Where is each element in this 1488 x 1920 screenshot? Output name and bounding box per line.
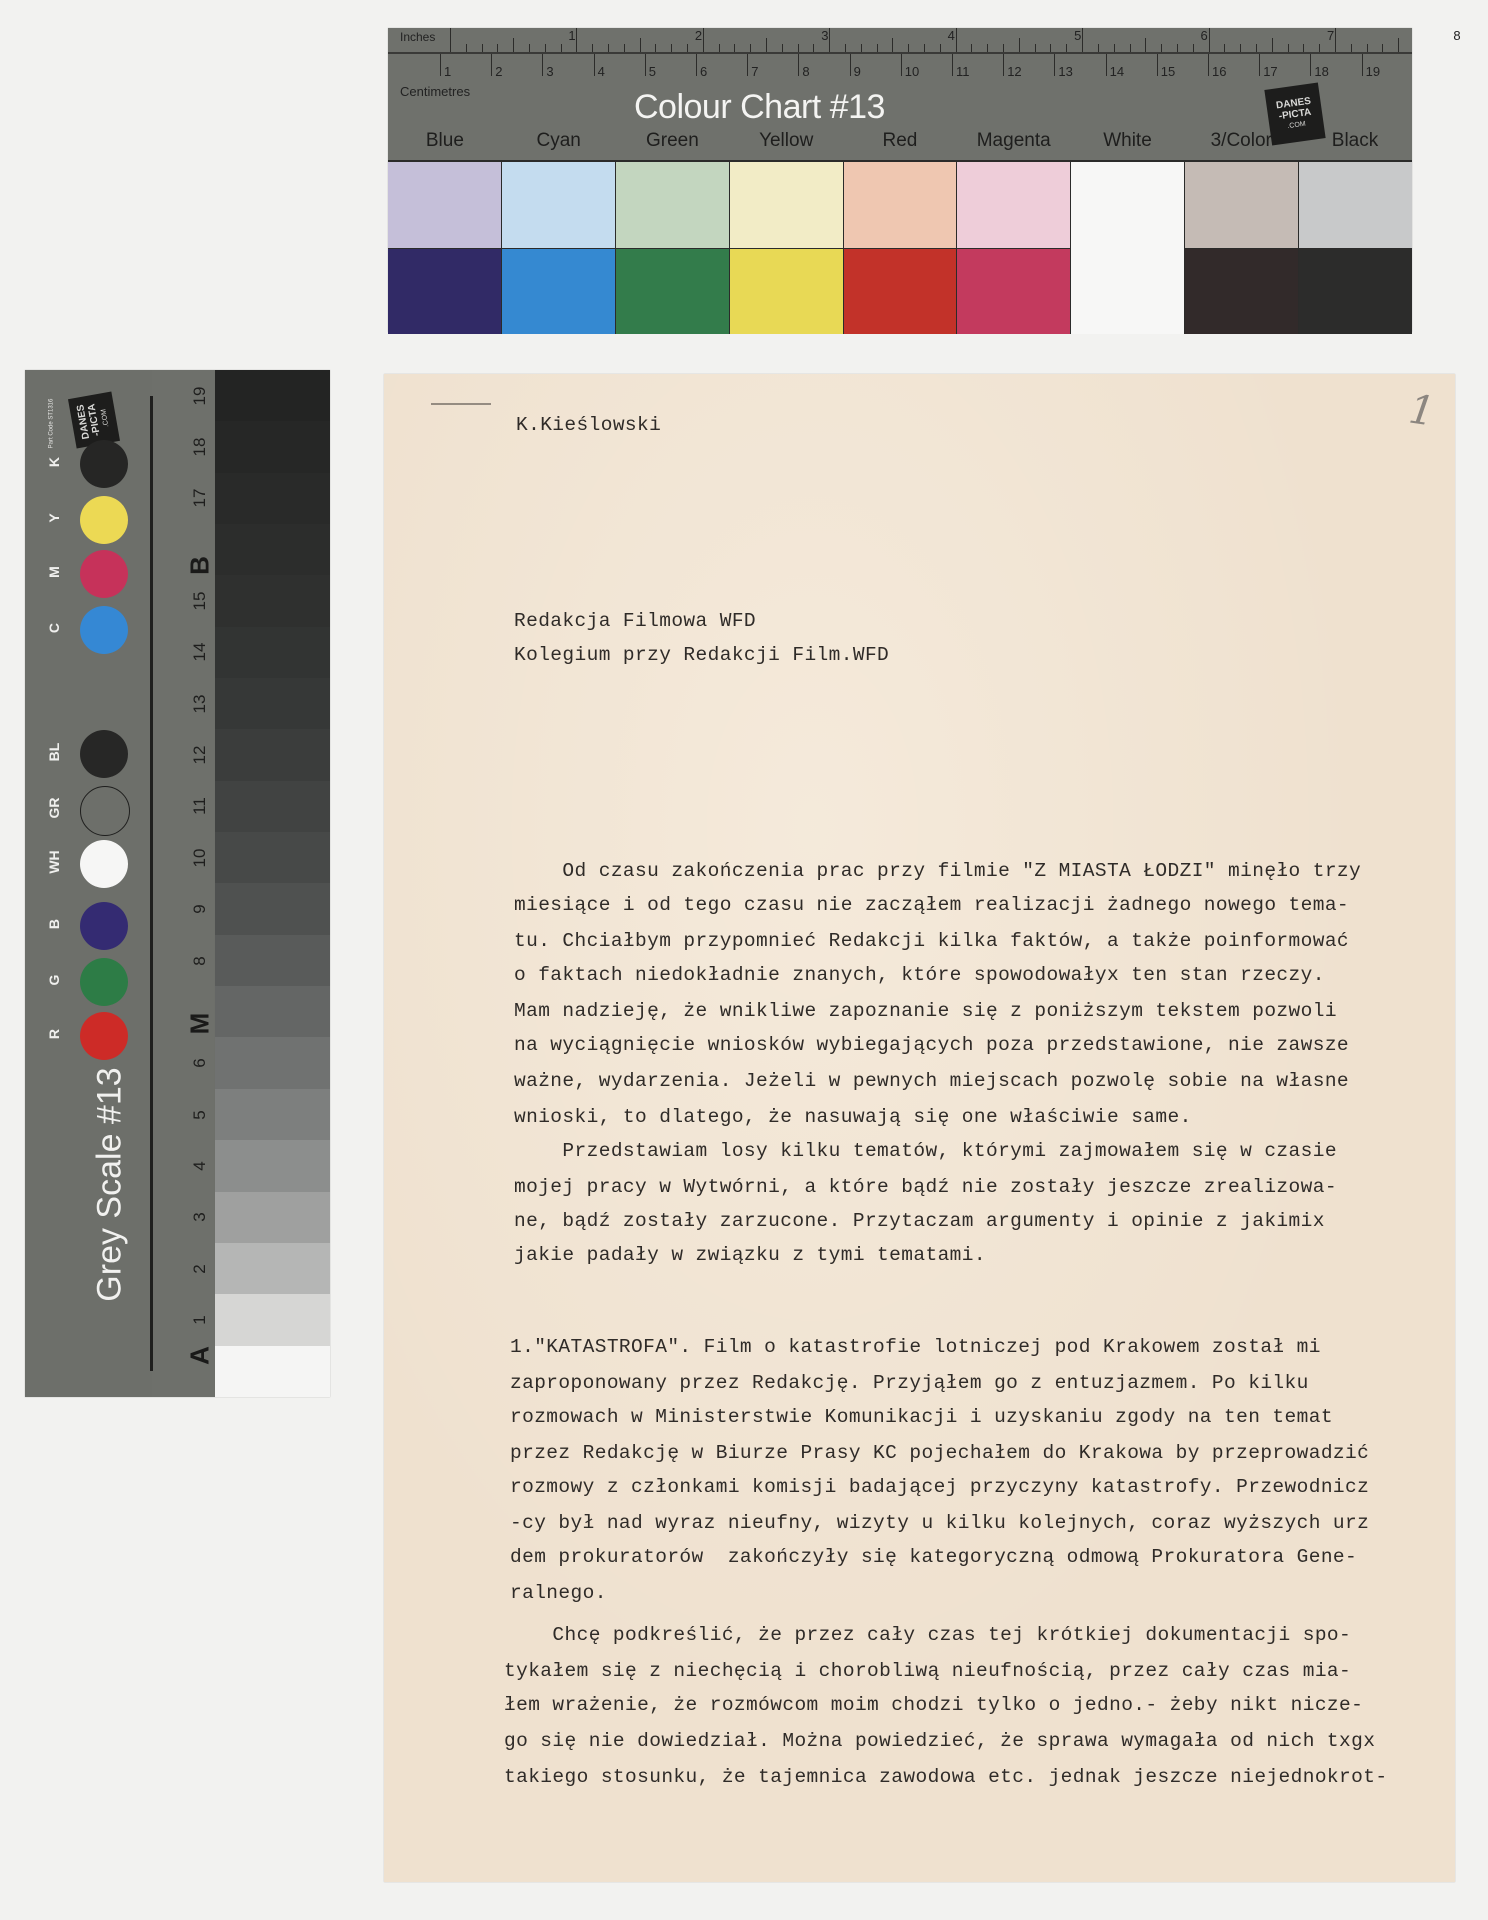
swatch-light	[502, 162, 615, 249]
grey-step	[215, 832, 330, 883]
ruler-tick	[861, 44, 862, 52]
swatch-light	[957, 162, 1070, 249]
cm-number: 15	[1161, 64, 1175, 79]
typed-line: takiego stosunku, że tajemnica zawodowa …	[504, 1766, 1387, 1788]
cm-number: 14	[1110, 64, 1124, 79]
grey-step	[215, 1243, 330, 1294]
typed-line: wnioski, to dlatego, że nasuwają się one…	[514, 1106, 1192, 1128]
ruler-tick	[645, 54, 646, 76]
inch-number: 7	[1327, 28, 1334, 43]
ruler-tick	[1256, 44, 1257, 52]
ruler-tick	[924, 44, 925, 52]
inch-number: 6	[1201, 28, 1208, 43]
step-number: 19	[190, 381, 210, 411]
step-number: 14	[190, 637, 210, 667]
swatch-light	[1299, 162, 1412, 249]
ruler-tick	[1130, 44, 1131, 52]
ruler-tick	[1161, 44, 1162, 52]
ruler-tick	[576, 28, 577, 52]
ruler-tick	[766, 38, 767, 52]
swatch-dark	[388, 249, 501, 335]
grey-step	[215, 729, 330, 780]
dot-label: G	[46, 965, 62, 995]
ruler-tick	[1157, 54, 1158, 76]
cm-number: 8	[802, 64, 809, 79]
ruler-tick	[542, 54, 543, 76]
typed-line: zaproponowany przez Redakcję. Przyjąłem …	[510, 1372, 1309, 1394]
dot-label: K	[46, 447, 62, 477]
grey-scale-card: Part Code ST1316 DANES -PICTA .COM Grey …	[25, 370, 330, 1397]
ruler-tick	[1224, 44, 1225, 52]
patch-label: Yellow	[729, 126, 843, 156]
ruler-tick	[1035, 44, 1036, 52]
ruler-tick	[956, 28, 957, 52]
swatch-dark	[957, 249, 1070, 335]
ruler-tick	[1310, 54, 1311, 76]
ruler-tick	[1259, 54, 1260, 76]
grey-step	[215, 883, 330, 934]
step-number: 17	[190, 483, 210, 513]
cm-number: 2	[495, 64, 502, 79]
recipient-line-1: Redakcja Filmowa WFD	[514, 610, 756, 632]
ruler-tick	[952, 54, 953, 76]
typed-line: rozmowach w Ministerstwie Komunikacji i …	[510, 1406, 1333, 1428]
ruler-tick	[940, 44, 941, 52]
ruler-tick	[850, 54, 851, 76]
cm-number: 7	[751, 64, 758, 79]
ruler-tick	[592, 44, 593, 52]
swatch-light	[1185, 162, 1298, 249]
typed-line: dem prokuratorów zakończyły się kategory…	[510, 1546, 1357, 1568]
ruler-tick	[877, 44, 878, 52]
swatch-dark	[1299, 249, 1412, 335]
swatch-dark	[844, 249, 957, 335]
step-number: 9	[190, 894, 210, 924]
cm-number: 19	[1366, 64, 1380, 79]
inch-number: 2	[695, 28, 702, 43]
grey-step	[215, 1294, 330, 1345]
ruler-tick	[1003, 54, 1004, 76]
cm-number: 11	[956, 64, 970, 79]
swatch-column	[388, 162, 502, 334]
dot-label: GR	[46, 793, 62, 823]
ruler-tick	[1272, 38, 1273, 52]
cm-number: 10	[905, 64, 919, 79]
swatch-dark	[1185, 249, 1298, 335]
step-number: 8	[190, 946, 210, 976]
typed-line: go się nie dowiedział. Można powiedzieć,…	[504, 1730, 1375, 1752]
inch-number: 8	[1453, 28, 1460, 43]
inch-number: 4	[948, 28, 955, 43]
typed-line: łem wrażenie, że rozmówcom moim chodzi t…	[504, 1694, 1363, 1716]
inch-number: 3	[821, 28, 828, 43]
typed-line: ne, bądź zostały zarzucone. Przytaczam a…	[514, 1210, 1325, 1232]
part-code: Part Code ST1316	[48, 399, 55, 449]
swatch-column	[730, 162, 844, 334]
ruler-tick	[1335, 28, 1336, 52]
cm-number: 13	[1058, 64, 1072, 79]
swatch-dark	[616, 249, 729, 335]
ruler-tick	[719, 44, 720, 52]
step-number: 13	[190, 689, 210, 719]
patch-labels: BlueCyanGreenYellowRedMagentaWhite3/Colo…	[388, 126, 1412, 156]
ruler-tick	[1351, 44, 1352, 52]
grey-step-strip	[215, 370, 330, 1397]
typewritten-page: 1 K.Kieślowski Redakcja Filmowa WFD Kole…	[384, 374, 1455, 1882]
step-number: 3	[190, 1202, 210, 1232]
colour-swatch-grid	[388, 160, 1412, 334]
author-line: K.Kieślowski	[516, 414, 661, 436]
patch-label: Magenta	[957, 126, 1071, 156]
patch-label: White	[1071, 126, 1185, 156]
inch-number: 5	[1074, 28, 1081, 43]
step-number: 5	[190, 1100, 210, 1130]
ruler-tick	[734, 44, 735, 52]
logo-text: .COM	[98, 408, 112, 428]
inch-ruler: Inches 12345678	[388, 28, 1412, 54]
swatch-dark	[502, 249, 615, 335]
ruler-tick	[1114, 44, 1115, 52]
dot-label: R	[46, 1019, 62, 1049]
typed-line: przez Redakcję w Biurze Prasy KC pojecha…	[510, 1442, 1369, 1464]
ruler-tick	[1319, 44, 1320, 52]
inch-ruler-label: Inches	[400, 30, 435, 44]
cm-number: 17	[1263, 64, 1277, 79]
grey-step	[215, 524, 330, 575]
typed-line: ralnego.	[510, 1582, 607, 1604]
step-number: 18	[190, 432, 210, 462]
swatch-light	[1071, 162, 1184, 248]
step-letter-b: B	[185, 549, 216, 583]
ruler-tick	[1054, 54, 1055, 76]
danes-picta-logo: DANES -PICTA .COM	[68, 392, 120, 449]
dot-label: BL	[46, 737, 62, 767]
grey-step	[215, 421, 330, 472]
ruler-tick	[1177, 44, 1178, 52]
ruler-tick	[813, 44, 814, 52]
step-number: 1	[190, 1305, 210, 1335]
color-dot-b	[80, 902, 128, 950]
grey-step	[215, 678, 330, 729]
ruler-tick	[1362, 54, 1363, 76]
swatch-column	[616, 162, 730, 334]
ruler-tick	[440, 54, 441, 76]
divider-line	[150, 396, 153, 1371]
ruler-tick	[1193, 44, 1194, 52]
grey-step	[215, 1140, 330, 1191]
swatch-column	[844, 162, 958, 334]
ruler-tick	[1098, 44, 1099, 52]
patch-label: Cyan	[502, 126, 616, 156]
typed-line: tykałem się z niechęcią i chorobliwą nie…	[504, 1660, 1351, 1682]
ruler-tick	[703, 28, 704, 52]
patch-label: 3/Color	[1184, 126, 1298, 156]
ruler-tick	[1003, 44, 1004, 52]
grey-step	[215, 1192, 330, 1243]
ruler-tick	[1303, 44, 1304, 52]
ruler-tick	[687, 44, 688, 52]
ruler-tick	[845, 44, 846, 52]
swatch-light	[844, 162, 957, 249]
ruler-tick	[1240, 44, 1241, 52]
ruler-tick	[747, 54, 748, 76]
typed-line: rozmowy z członkami komisji badającej pr…	[510, 1476, 1369, 1498]
typed-line: o faktach niedokładnie znanych, które sp…	[514, 964, 1325, 986]
ruler-tick	[892, 38, 893, 52]
ruler-tick	[513, 38, 514, 52]
ruler-tick	[655, 44, 656, 52]
ruler-tick	[1066, 44, 1067, 52]
ruler-tick	[1106, 54, 1107, 76]
ruler-tick	[1208, 54, 1209, 76]
step-number: 12	[190, 740, 210, 770]
typed-line: Od czasu zakończenia prac przy filmie "Z…	[514, 860, 1361, 882]
ruler-tick	[971, 44, 972, 52]
swatch-column	[1071, 162, 1185, 334]
step-letter-m: M	[185, 1007, 216, 1041]
typed-line: Przedstawiam losy kilku tematów, którymi…	[514, 1140, 1337, 1162]
ruler-tick	[750, 44, 751, 52]
typed-line: Chcę podkreślić, że przez cały czas tej …	[504, 1624, 1351, 1646]
color-dot-gr	[80, 786, 130, 836]
swatch-light	[730, 162, 843, 249]
grey-step	[215, 1037, 330, 1088]
ruler-tick	[545, 44, 546, 52]
step-number: 10	[190, 843, 210, 873]
step-number: 6	[190, 1048, 210, 1078]
typed-line: 1."KATASTROFA". Film o katastrofie lotni…	[510, 1336, 1321, 1358]
color-dot-bl	[80, 730, 128, 778]
swatch-light	[616, 162, 729, 249]
swatch-column	[1299, 162, 1412, 334]
ruler-tick	[561, 44, 562, 52]
ruler-tick	[1145, 38, 1146, 52]
ruler-tick	[594, 54, 595, 76]
swatch-dark	[1071, 248, 1184, 334]
cm-number: 1	[444, 64, 451, 79]
swatch-light	[388, 162, 501, 249]
cm-number: 16	[1212, 64, 1226, 79]
cm-ruler: 12345678910111213141516171819	[388, 54, 1412, 84]
cm-number: 9	[854, 64, 861, 79]
ruler-tick	[782, 44, 783, 52]
swatch-column	[1185, 162, 1299, 334]
cm-number: 12	[1007, 64, 1021, 79]
cm-number: 5	[649, 64, 656, 79]
colour-chart-card: Inches 12345678 123456789101112131415161…	[388, 28, 1412, 332]
grey-step	[215, 575, 330, 626]
cm-number: 6	[700, 64, 707, 79]
ruler-tick	[466, 44, 467, 52]
swatch-column	[957, 162, 1071, 334]
ruler-tick	[1019, 38, 1020, 52]
typed-line: ważne, wydarzenia. Jeżeli w pewnych miej…	[514, 1070, 1349, 1092]
grey-step	[215, 1089, 330, 1140]
step-number: 4	[190, 1151, 210, 1181]
cm-ruler-label: Centimetres	[400, 84, 470, 99]
cm-number: 18	[1314, 64, 1328, 79]
grey-step	[215, 986, 330, 1037]
step-number: 2	[190, 1254, 210, 1284]
ruler-tick	[696, 54, 697, 76]
typed-line: -cy był nad wyraz nieufny, wizyty u kilk…	[510, 1512, 1369, 1534]
grey-step	[215, 370, 330, 421]
ruler-tick	[1050, 44, 1051, 52]
dot-label: M	[46, 557, 62, 587]
ruler-tick	[829, 28, 830, 52]
typed-line: tu. Chciałbym przypomnieć Redakcji kilka…	[514, 930, 1349, 952]
grey-step	[215, 781, 330, 832]
ruler-tick	[497, 44, 498, 52]
color-dot-g	[80, 958, 128, 1006]
color-dot-k	[80, 440, 128, 488]
ruler-tick	[482, 44, 483, 52]
ruler-tick	[987, 44, 988, 52]
color-dot-m	[80, 550, 128, 598]
ruler-tick	[1288, 44, 1289, 52]
ruler-tick	[1382, 44, 1383, 52]
inch-number: 1	[568, 28, 575, 43]
ruler-tick	[1367, 44, 1368, 52]
ruler-tick	[1082, 28, 1083, 52]
dot-label: C	[46, 613, 62, 643]
color-dot-r	[80, 1012, 128, 1060]
ruler-tick	[450, 28, 451, 52]
ruler-tick	[908, 44, 909, 52]
step-letter-a: A	[185, 1339, 216, 1373]
ruler-tick	[798, 54, 799, 76]
pencil-mark	[431, 403, 491, 405]
ruler-tick	[671, 44, 672, 52]
colour-chart-title: Colour Chart #13	[634, 88, 885, 127]
grey-step	[215, 935, 330, 986]
typed-line: na wyciągnięcie wniosków wybiegających p…	[514, 1034, 1349, 1056]
color-dot-wh	[80, 840, 128, 888]
grey-step	[215, 1346, 330, 1397]
dot-label: Y	[46, 503, 62, 533]
ruler-tick	[624, 44, 625, 52]
step-number-panel	[152, 370, 214, 1397]
color-dot-y	[80, 496, 128, 544]
dot-label: B	[46, 909, 62, 939]
patch-label: Blue	[388, 126, 502, 156]
ruler-tick	[901, 54, 902, 76]
swatch-dark	[730, 249, 843, 335]
ruler-tick	[491, 54, 492, 76]
ruler-tick	[529, 44, 530, 52]
color-dot-c	[80, 606, 128, 654]
swatch-column	[502, 162, 616, 334]
step-number: 15	[190, 586, 210, 616]
typed-line: mojej pracy w Wytwórni, a które bądź nie…	[514, 1176, 1337, 1198]
ruler-tick	[608, 44, 609, 52]
patch-label: Black	[1298, 126, 1412, 156]
cm-number: 3	[546, 64, 553, 79]
recipient-line-2: Kolegium przy Redakcji Film.WFD	[514, 644, 889, 666]
step-number: 11	[190, 791, 210, 821]
page-number: 1	[1406, 386, 1438, 435]
grey-step	[215, 627, 330, 678]
ruler-tick	[1398, 38, 1399, 52]
typed-line: jakie padały w związku z tymi tematami.	[514, 1244, 986, 1266]
ruler-tick	[640, 38, 641, 52]
patch-label: Red	[843, 126, 957, 156]
grey-step	[215, 473, 330, 524]
ruler-tick	[1209, 28, 1210, 52]
dot-label: WH	[46, 847, 62, 877]
cm-number: 4	[598, 64, 605, 79]
ruler-tick	[798, 44, 799, 52]
patch-label: Green	[616, 126, 730, 156]
typed-line: miesiące i od tego czasu nie zacząłem re…	[514, 894, 1349, 916]
typed-line: Mam nadzieję, że wnikliwe zapoznanie się…	[514, 1000, 1337, 1022]
